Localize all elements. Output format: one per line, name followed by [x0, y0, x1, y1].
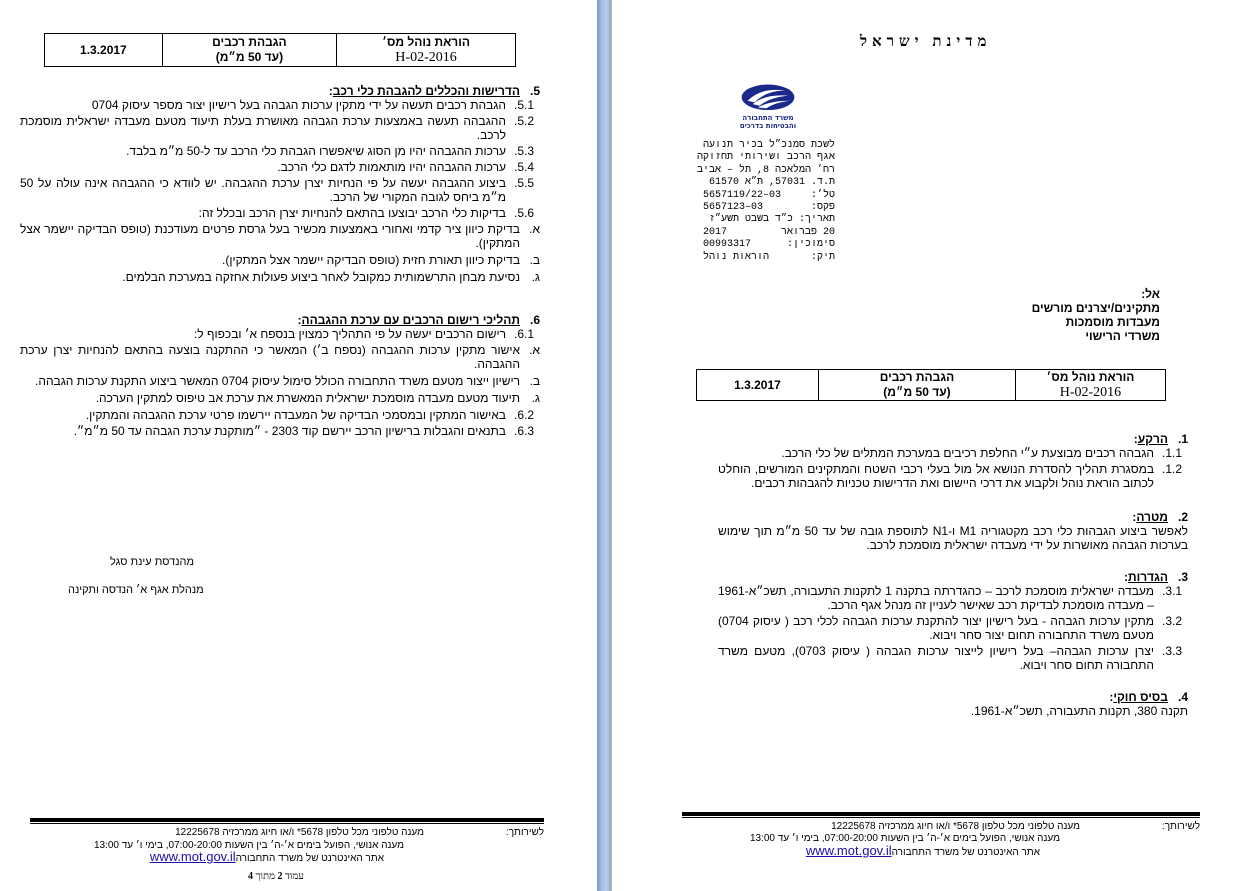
list-item: 5.3.ערכות ההגבהה יהיו מן הסוג שיאפשרו הג… — [20, 144, 534, 158]
document-page-left: הוראת נוהל מס׳H-02-2016 הגבהת רכבים(עד 5… — [0, 0, 596, 891]
section-3: 3.הגדרות:3.1.מעבדה ישראלית מוסמכת לרכב –… — [718, 570, 1188, 674]
list-item: 3.3.יצרן ערכות הגבהה– בעל רישיון לייצור … — [718, 644, 1182, 672]
page-number: עמוד 2 מתוך 4 — [248, 870, 304, 883]
document-header-table-right: הוראת נוהל מס׳H-02-2016 הגבהת רכבים(עד 5… — [696, 369, 1166, 401]
list-item: 6.3.בתנאים והגבלות ברישיון הרכב יירשם קו… — [20, 424, 534, 438]
header-subject: הגבהת רכבים — [167, 35, 332, 50]
section-2: 2.מטרה:לאפשר ביצוע הגבהות כלי רכב מקטגור… — [718, 510, 1188, 552]
header-subject-sub: (עד 50 מ״מ) — [167, 50, 332, 65]
footer-line1: מענה טלפוני מכל טלפון 5678* ו/או חיוג ממ… — [175, 826, 424, 839]
header-number-label: הוראת נוהל מס׳ — [341, 35, 511, 50]
page-footer-right: לשירותך: מענה טלפוני מכל טלפון 5678* ו/א… — [682, 812, 1200, 872]
sub-list-item: ג.תיעוד מטעם מעבדה מוסמכת ישראלית המאשרת… — [20, 391, 540, 405]
section-4: 4.בסיס חוקי:תקנה 380, תקנות התעבורה, תשכ… — [718, 690, 1188, 718]
sender-address-block: לשכת סמנכ״ל בכיר תנועה אגף הרכב ושירותי … — [703, 140, 835, 264]
document-header-table: הוראת נוהל מס׳H-02-2016 הגבהת רכבים(עד 5… — [44, 33, 516, 67]
section-title: 6.תהליכי רישום הרכבים עם ערכת ההגבהה: — [20, 313, 540, 327]
list-item: 5.5.ביצוע ההגבהה יעשה על פי הנחיות יצרן … — [20, 176, 534, 204]
signature-name: מהנדסת עינת סגל — [110, 556, 194, 568]
recipients-block: אל: מתקינים/יצרנים מורשים מעבדות מוסמכות… — [1032, 287, 1160, 343]
sub-list-item: ג.נסיעת מבחן התרשמותית כמקובל לאחר ביצוע… — [20, 270, 540, 284]
list-item: 6.2.באישור המתקין ובמסמכי הבדיקה של המעב… — [20, 408, 534, 422]
to-label: אל: — [1032, 287, 1160, 301]
section-title: 4.בסיס חוקי: — [718, 690, 1188, 704]
website-link[interactable]: www.mot.gov.il — [806, 843, 892, 858]
header-number-value: H-02-2016 — [341, 50, 511, 65]
section-1: 1.הרקע:1.1.הגבהה רכבים מבוצעת ע״י החלפת … — [718, 432, 1188, 492]
list-item: 1.1.הגבהה רכבים מבוצעת ע״י החלפת רכיבים … — [718, 446, 1182, 460]
state-title: מדינת ישראל — [860, 34, 991, 51]
list-item: 5.6.בדיקות כלי הרכב יבוצעו בהתאם להנחיות… — [20, 206, 534, 220]
sub-list-item: ב.בדיקת כיוון תאורת חזית (טופס הבדיקה יי… — [20, 253, 540, 267]
list-item: 5.1.הגבהת רכבים תעשה על ידי מתקין ערכות … — [20, 98, 534, 112]
section-title: 1.הרקע: — [718, 432, 1188, 446]
reference-number: 00993317 — [703, 239, 751, 251]
ministry-logo-text: משרד התחבורה והבטיחות בדרכים — [734, 114, 802, 130]
section-6: 6.תהליכי רישום הרכבים עם ערכת ההגבהה:6.1… — [20, 313, 540, 440]
header-date: 1.3.2017 — [45, 34, 163, 67]
footer-label: לשירותך: — [506, 826, 544, 839]
list-item: 5.4.ערכות ההגבהה יהיו מותאמות לדגם כלי ה… — [20, 160, 534, 174]
ministry-logo-icon — [736, 82, 800, 116]
list-item: 1.2.במסגרת תהליך להסדרת הנושא אל מול בעל… — [718, 462, 1182, 490]
section-body: לאפשר ביצוע הגבהות כלי רכב מקטגוריה M1 ו… — [718, 524, 1188, 552]
list-item: 6.1.רישום הרכבים יעשה על פי התהליך כמצוי… — [20, 327, 534, 341]
fax: 03–5657123 — [703, 202, 763, 214]
list-item: 3.2.מתקין ערכות הגבהה - בעל רישיון יצור … — [718, 614, 1182, 642]
footer-line3: אתר האינטרנט של משרד התחבורה — [236, 853, 384, 864]
sub-list-item: ב.רישיון ייצור מטעם משרד התחבורה הכולל ס… — [20, 374, 540, 388]
section-title: 5.הדרישות והכללים להגבהת כלי רכב: — [20, 84, 540, 98]
section-body: תקנה 380, תקנות התעבורה, תשכ״א-1961. — [718, 704, 1188, 718]
section-5: 5.הדרישות והכללים להגבהת כלי רכב:5.1.הגב… — [20, 84, 540, 287]
list-item: 3.1.מעבדה ישראלית מוסמכת לרכב – כהגדרתה … — [718, 584, 1182, 612]
list-item: 5.2.ההגבהה תעשה באמצעות ערכת הגבהה מאושר… — [20, 114, 534, 142]
sub-list-item: א.בדיקת כיוון ציר קדמי ואחורי באמצעות מכ… — [20, 222, 540, 250]
signature-role: מנהלת אגף א׳ הנדסה ותקינה — [68, 584, 204, 596]
section-title: 3.הגדרות: — [718, 570, 1188, 584]
page-separator — [597, 0, 611, 891]
phone: 03–5657119/22 — [703, 190, 781, 202]
page-footer-left: לשירותך: מענה טלפוני מכל טלפון 5678* ו/א… — [30, 818, 544, 888]
section-title: 2.מטרה: — [718, 510, 1188, 524]
sub-list-item: א.אישור מתקין ערכות ההגבהה (נספח ב׳) המא… — [20, 343, 540, 371]
website-link[interactable]: www.mot.gov.il — [150, 849, 236, 864]
